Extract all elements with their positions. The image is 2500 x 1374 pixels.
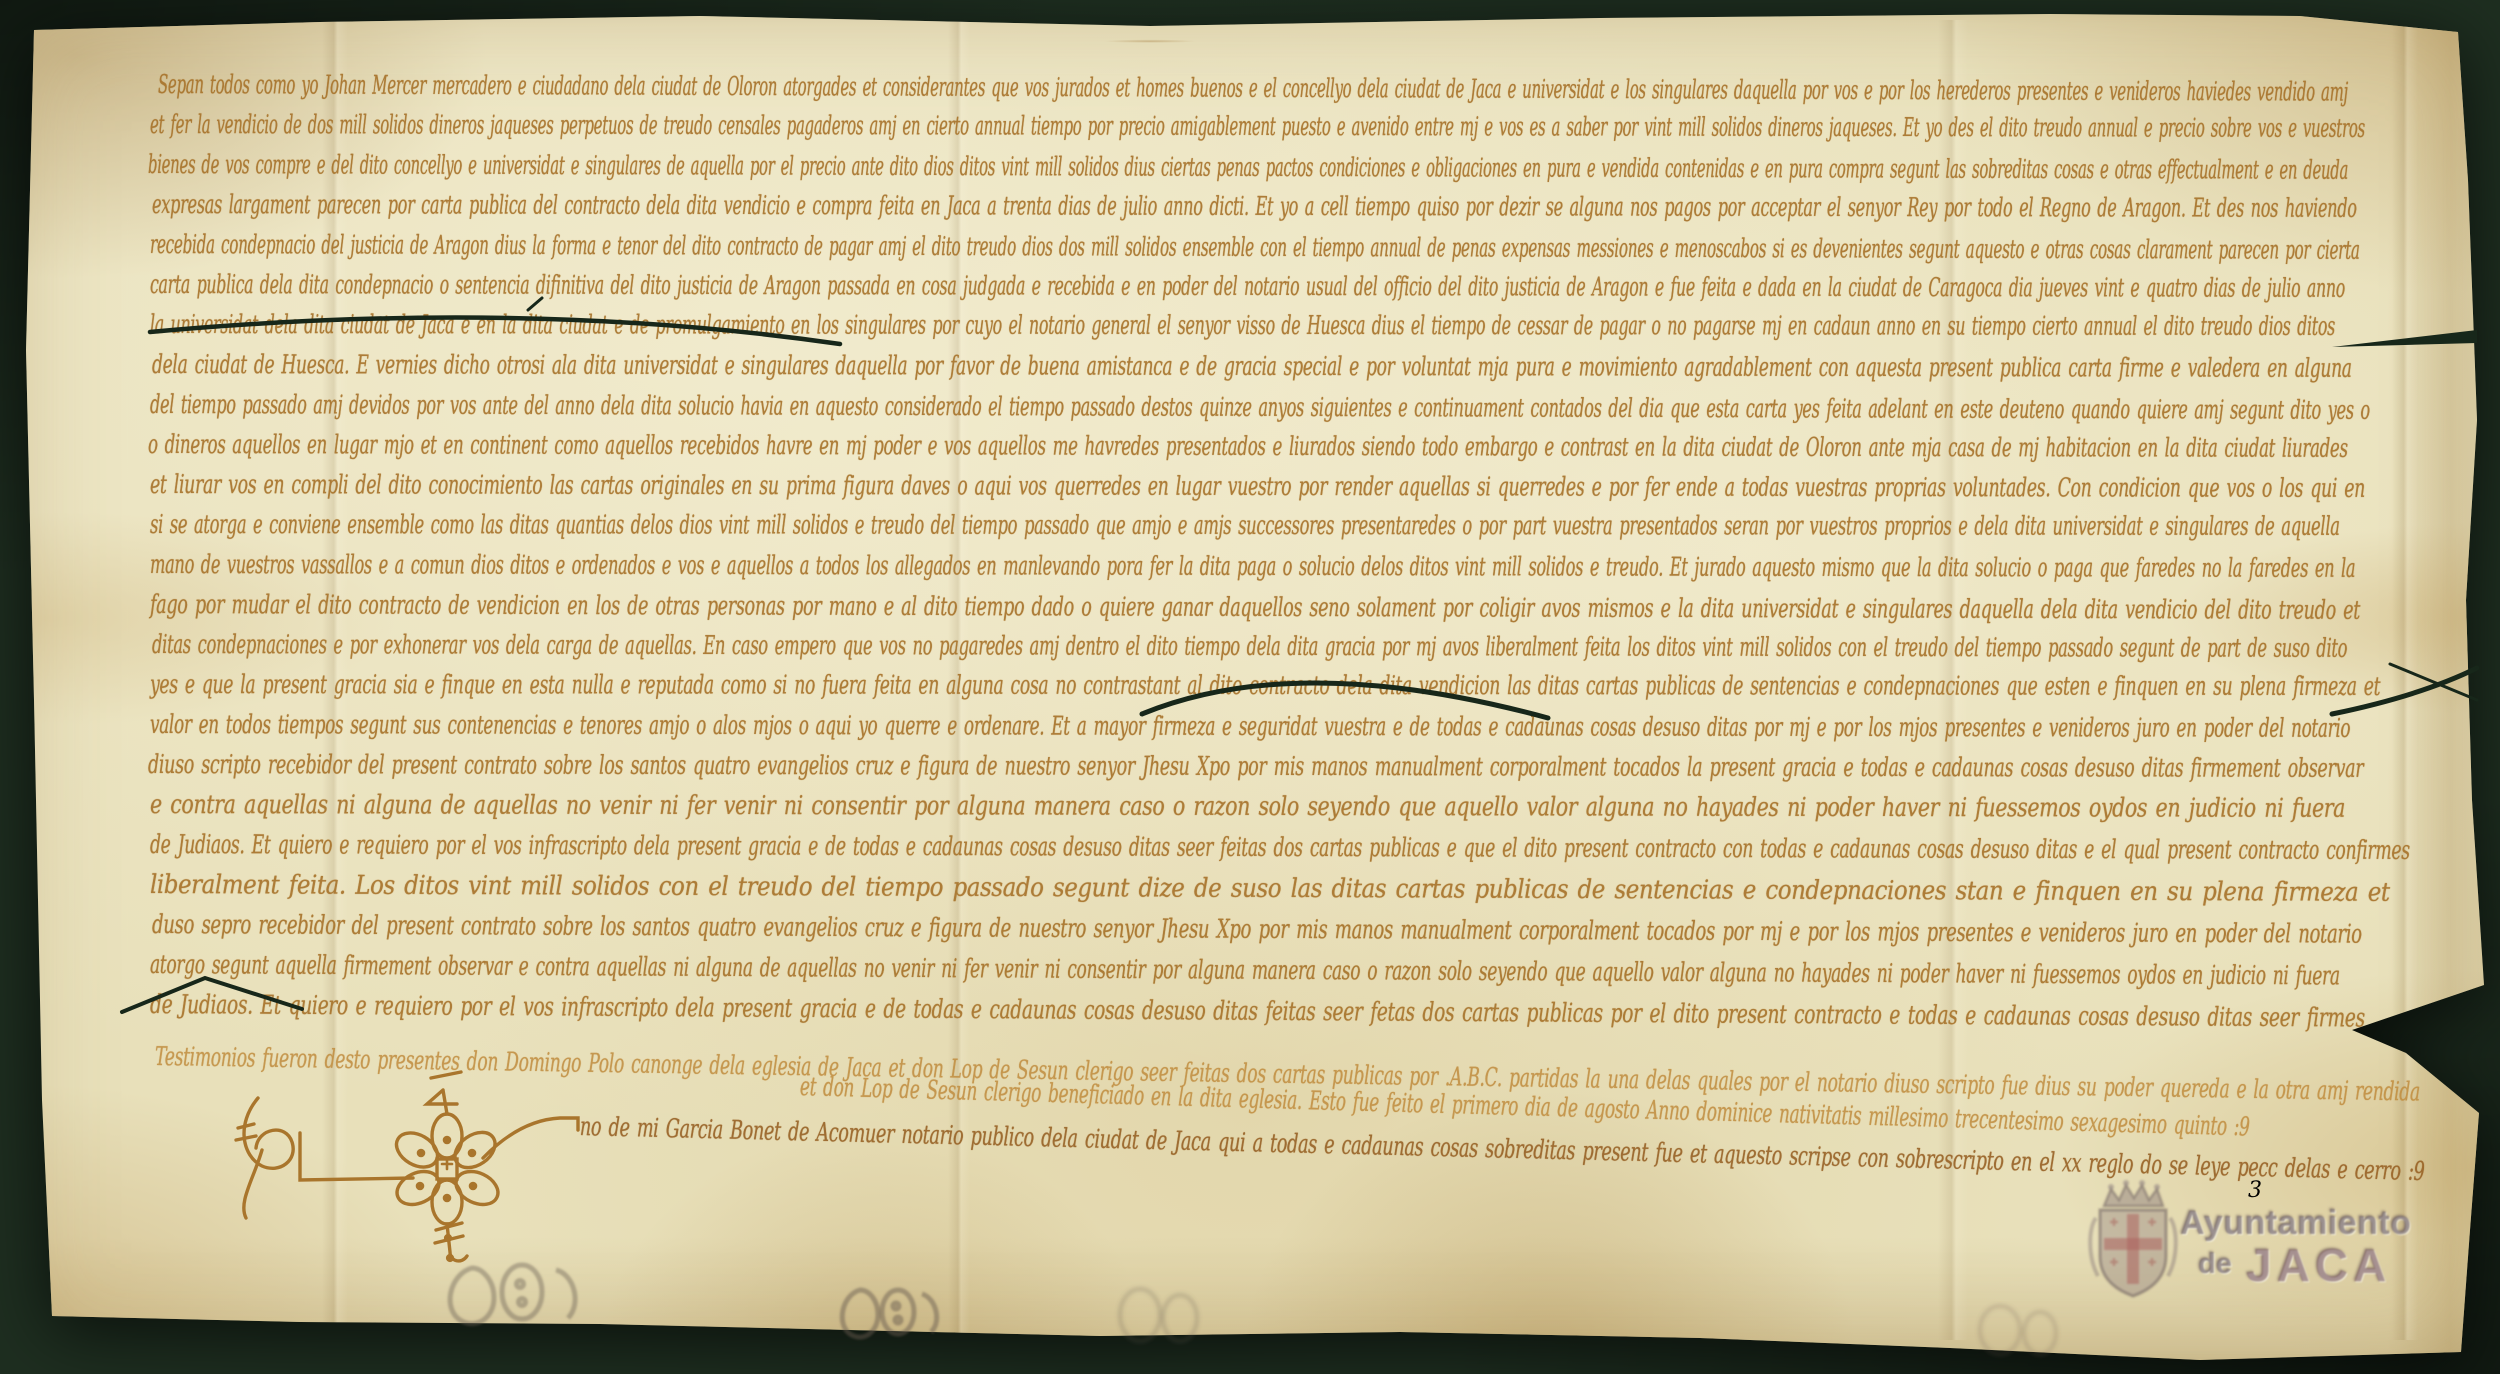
manuscript-line: de Judiaos. Et quiero e requiero por el … xyxy=(150,990,2365,1034)
manuscript-line: recebida condepnacio del justicia de Ara… xyxy=(150,230,2360,266)
manuscript-line: dela ciudat de Huesca. E vernies dicho o… xyxy=(152,350,2352,384)
manuscript-line: expresas largament parecen por carta pub… xyxy=(152,190,2357,224)
manuscript-line-text: carta publica dela dita condepnacio o se… xyxy=(150,270,2345,304)
manuscript-line: si se atorga e conviene ensemble como la… xyxy=(150,510,2340,542)
parchment-wrap: Sepan todos como yo Johan Mercer mercade… xyxy=(0,0,2500,1374)
manuscript-line-text: et liurar vos en compli del dito conocim… xyxy=(150,470,2365,504)
manuscript-line: de Judiaos. Et quiero e requiero por el … xyxy=(150,830,2410,866)
fold-crease xyxy=(2392,20,2418,1340)
photograph-stage: Sepan todos como yo Johan Mercer mercade… xyxy=(0,0,2500,1374)
manuscript-line: e contra aquellas ni alguna de aquellas … xyxy=(150,790,2345,824)
manuscript-line-text: la universidat dela dita ciudat de Jaca … xyxy=(150,310,2335,342)
manuscript-line-text: bienes de vos compre e del dito concelly… xyxy=(148,150,2348,186)
manuscript-line: la universidat dela dita ciudat de Jaca … xyxy=(150,310,2335,342)
manuscript-line: valor en todos tiempos segunt sus conten… xyxy=(150,710,2350,744)
manuscript-line: carta publica dela dita condepnacio o se… xyxy=(150,270,2345,304)
manuscript-line: bienes de vos compre e del dito concelly… xyxy=(148,150,2348,186)
manuscript-line: o dineros aquellos en lugar mjo et en co… xyxy=(148,430,2348,464)
manuscript-line: duso sepro recebidor del present contrat… xyxy=(152,910,2362,950)
manuscript-line: del tiempo passado amj devidos por vos a… xyxy=(150,390,2370,426)
manuscript-line: yes e que la present gracia sia e finque… xyxy=(150,670,2380,702)
manuscript-line-text: si se atorga e conviene ensemble como la… xyxy=(150,510,2340,542)
manuscript-line-text: mano de vuestros vassallos e a comun dio… xyxy=(150,550,2355,584)
manuscript-line: et liurar vos en compli del dito conocim… xyxy=(150,470,2365,504)
manuscript-line: Sepan todos como yo Johan Mercer mercade… xyxy=(158,70,2348,108)
manuscript-line-text: dela ciudat de Huesca. E vernies dicho o… xyxy=(152,350,2352,384)
manuscript-line: diuso scripto recebidor del present cont… xyxy=(148,750,2363,784)
interline-correction-mark: 3 xyxy=(2248,1178,2262,1203)
manuscript-line-text: expresas largament parecen por carta pub… xyxy=(152,190,2357,224)
manuscript-line-text: atorgo segunt aquella firmement observar… xyxy=(150,950,2340,991)
manuscript-line: mano de vuestros vassallos e a comun dio… xyxy=(150,550,2355,584)
manuscript-line: liberalment feita. Los ditos vint mill s… xyxy=(150,870,2390,908)
manuscript-line-text: recebida condepnacio del justicia de Ara… xyxy=(150,230,2360,266)
manuscript-line-text: et fer la vendicio de dos mill solidos d… xyxy=(150,110,2365,144)
manuscript-line-text: valor en todos tiempos segunt sus conten… xyxy=(150,710,2350,744)
manuscript-line-text: diuso scripto recebidor del present cont… xyxy=(148,750,2363,784)
manuscript-line: fago por mudar el dito contracto de vend… xyxy=(150,590,2360,626)
manuscript-line-text: fago por mudar el dito contracto de vend… xyxy=(150,590,2360,626)
manuscript-line-text: Sepan todos como yo Johan Mercer mercade… xyxy=(158,70,2348,108)
watermark-de: de xyxy=(2198,1248,2232,1281)
manuscript-line-text: yes e que la present gracia sia e finque… xyxy=(150,670,2380,702)
manuscript-line: atorgo segunt aquella firmement observar… xyxy=(150,950,2340,991)
manuscript-line-text: de Judiaos. Et quiero e requiero por el … xyxy=(150,990,2365,1034)
manuscript-line-text: liberalment feita. Los ditos vint mill s… xyxy=(150,870,2390,908)
manuscript-line: et fer la vendicio de dos mill solidos d… xyxy=(150,110,2365,144)
manuscript-line-text: duso sepro recebidor del present contrat… xyxy=(152,910,2362,950)
manuscript-line-text: o dineros aquellos en lugar mjo et en co… xyxy=(148,430,2348,464)
manuscript-line-text: e contra aquellas ni alguna de aquellas … xyxy=(150,790,2345,824)
watermark-jaca: JACA xyxy=(2246,1238,2391,1292)
manuscript-line-text: del tiempo passado amj devidos por vos a… xyxy=(150,390,2370,426)
manuscript-line-text: de Judiaos. Et quiero e requiero por el … xyxy=(150,830,2410,866)
parchment-sheet: Sepan todos como yo Johan Mercer mercade… xyxy=(0,0,2500,1374)
manuscript-line: ditas condepnaciones e por exhonerar vos… xyxy=(152,630,2347,664)
manuscript-line-text: ditas condepnaciones e por exhonerar vos… xyxy=(152,630,2347,664)
